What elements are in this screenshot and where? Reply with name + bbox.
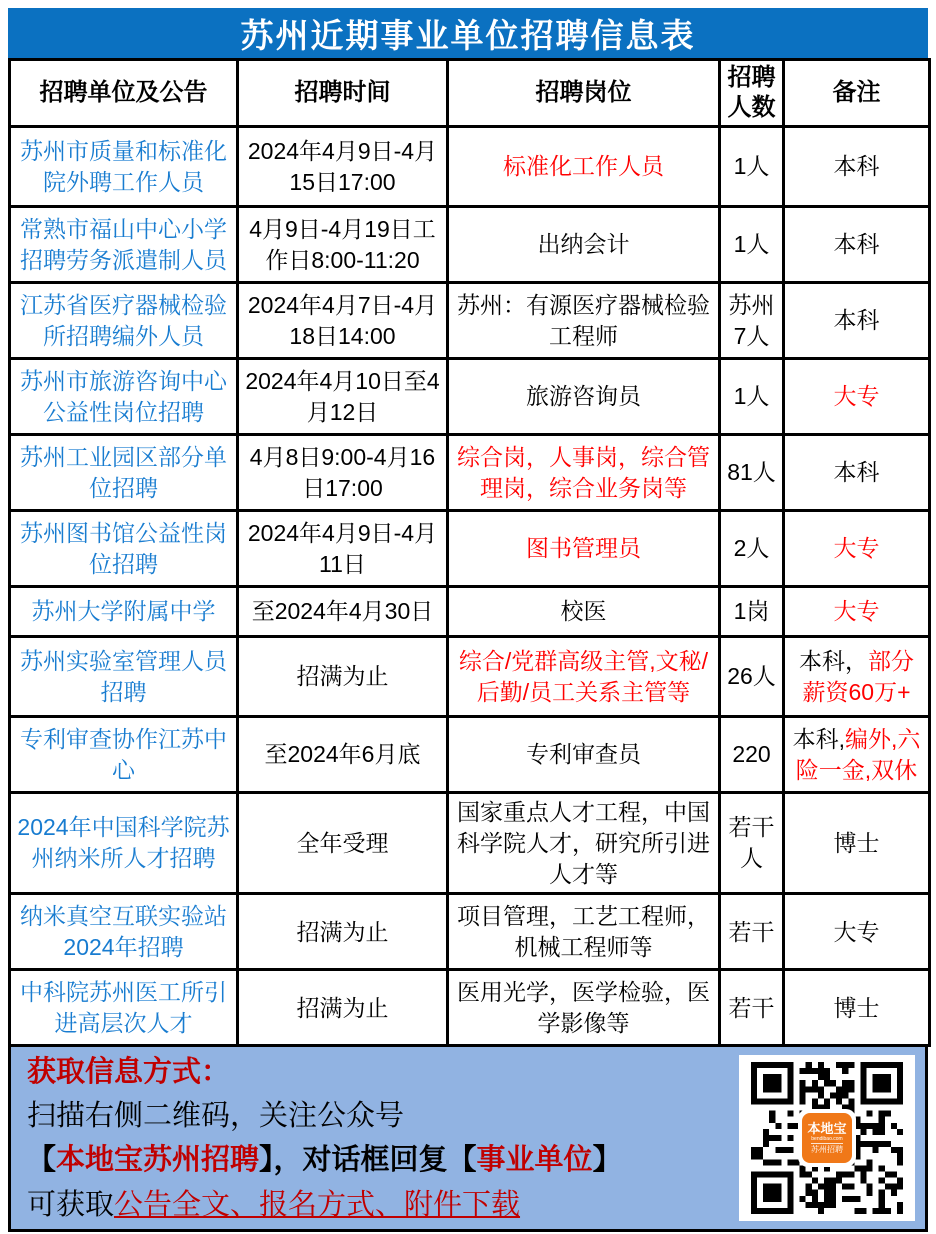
unit-announcement-link[interactable]: 纳米真空互联实验站2024年招聘 <box>20 903 227 960</box>
time-cell: 招满为止 <box>238 970 448 1046</box>
time-cell: 4月9日-4月19日工作日8:00-11:20 <box>238 207 448 283</box>
text-segment: 大专 <box>834 919 880 945</box>
count-cell: 若干 <box>720 970 784 1046</box>
unit-cell: 常熟市福山中心小学招聘劳务派遣制人员 <box>10 207 238 283</box>
logo-domain: bendibao.com <box>811 1136 842 1144</box>
text-segment: 综合/党群高级主管,文秘/后勤/员工关系主管等 <box>459 648 708 705</box>
text-segment: 国家重点人才工程，中国科学院人才，研究所引进人才等 <box>457 799 710 887</box>
unit-cell: 纳米真空互联实验站2024年招聘 <box>10 894 238 970</box>
position-cell: 项目管理，工艺工程师，机械工程师等 <box>448 894 720 970</box>
unit-announcement-link[interactable]: 苏州大学附属中学 <box>32 598 216 624</box>
note-cell: 大专 <box>784 511 930 587</box>
position-cell: 综合岗，人事岗，综合管理岗，综合业务岗等 <box>448 435 720 511</box>
position-cell: 医用光学，医学检验，医学影像等 <box>448 970 720 1046</box>
text-segment: 本科 <box>834 153 880 179</box>
note-cell: 本科 <box>784 283 930 359</box>
count-cell: 220 <box>720 717 784 793</box>
text-segment: 】 <box>593 1144 622 1176</box>
footer-announcement-links[interactable]: 公告全文、报名方式、附件下载 <box>114 1189 520 1221</box>
note-cell: 本科,编外,六险一金,双休 <box>784 717 930 793</box>
unit-cell: 苏州市旅游咨询中心公益性岗位招聘 <box>10 359 238 435</box>
count-cell: 26人 <box>720 637 784 717</box>
unit-announcement-link[interactable]: 苏州工业园区部分单位招聘 <box>20 444 227 501</box>
text-segment: 【 <box>27 1144 56 1176</box>
table-header: 招聘单位及公告招聘时间招聘岗位招聘人数备注 <box>10 60 930 127</box>
table-row: 纳米真空互联实验站2024年招聘招满为止项目管理，工艺工程师，机械工程师等若干大… <box>10 894 930 970</box>
page-title-text: 苏州近期事业单位招聘信息表 <box>241 10 696 57</box>
table-row: 专利审查协作江苏中心至2024年6月底专利审查员220本科,编外,六险一金,双休 <box>10 717 930 793</box>
time-cell: 2024年4月10日至4月12日 <box>238 359 448 435</box>
unit-announcement-link[interactable]: 苏州图书馆公益性岗位招聘 <box>20 520 227 577</box>
text-segment: 扫描右侧二维码，关注公众号 <box>27 1100 404 1132</box>
text-segment: 本科, <box>793 726 845 752</box>
time-cell: 2024年4月9日-4月15日17:00 <box>238 127 448 207</box>
page-title: 苏州近期事业单位招聘信息表 <box>8 8 928 58</box>
recruitment-table: 招聘单位及公告招聘时间招聘岗位招聘人数备注 苏州市质量和标准化院外聘工作人员20… <box>8 58 931 1047</box>
text-segment: 本科 <box>834 231 880 257</box>
column-header: 招聘人数 <box>720 60 784 127</box>
count-cell: 81人 <box>720 435 784 511</box>
unit-cell: 中科院苏州医工所引进高层次人才 <box>10 970 238 1046</box>
position-cell: 旅游咨询员 <box>448 359 720 435</box>
position-cell: 苏州：有源医疗器械检验工程师 <box>448 283 720 359</box>
footer-line: 可获取公告全文、报名方式、附件下载 <box>27 1187 622 1223</box>
unit-cell: 苏州市质量和标准化院外聘工作人员 <box>10 127 238 207</box>
column-header: 招聘单位及公告 <box>10 60 238 127</box>
table-row: 江苏省医疗器械检验所招聘编外人员2024年4月7日-4月18日14:00苏州：有… <box>10 283 930 359</box>
text-segment: 大专 <box>834 383 880 409</box>
time-cell: 招满为止 <box>238 637 448 717</box>
time-cell: 招满为止 <box>238 894 448 970</box>
position-cell: 校医 <box>448 587 720 637</box>
time-cell: 2024年4月9日-4月11日 <box>238 511 448 587</box>
text-segment: 大专 <box>834 598 880 624</box>
table-row: 苏州工业园区部分单位招聘4月8日9:00-4月16日17:00综合岗，人事岗，综… <box>10 435 930 511</box>
note-cell: 大专 <box>784 359 930 435</box>
column-header: 备注 <box>784 60 930 127</box>
note-cell: 大专 <box>784 587 930 637</box>
text-segment: 出纳会计 <box>538 231 630 257</box>
unit-announcement-link[interactable]: 2024年中国科学院苏州纳米所人才招聘 <box>17 814 229 871</box>
text-segment: 大专 <box>834 535 880 561</box>
note-cell: 本科 <box>784 207 930 283</box>
poster-page: 苏州近期事业单位招聘信息表 招聘单位及公告招聘时间招聘岗位招聘人数备注 苏州市质… <box>0 0 936 1234</box>
table-row: 常熟市福山中心小学招聘劳务派遣制人员4月9日-4月19日工作日8:00-11:2… <box>10 207 930 283</box>
time-cell: 全年受理 <box>238 793 448 894</box>
count-cell: 苏州7人 <box>720 283 784 359</box>
column-header: 招聘岗位 <box>448 60 720 127</box>
text-segment: 获取信息方式： <box>27 1056 230 1088</box>
text-segment: 博士 <box>834 995 880 1021</box>
unit-cell: 苏州图书馆公益性岗位招聘 <box>10 511 238 587</box>
text-segment: 综合岗，人事岗，综合管理岗，综合业务岗等 <box>457 444 710 501</box>
position-cell: 专利审查员 <box>448 717 720 793</box>
footer-line: 扫描右侧二维码，关注公众号 <box>27 1098 622 1134</box>
unit-announcement-link[interactable]: 苏州市旅游咨询中心公益性岗位招聘 <box>20 368 227 425</box>
note-cell: 本科 <box>784 127 930 207</box>
note-cell: 本科 <box>784 435 930 511</box>
unit-cell: 苏州大学附属中学 <box>10 587 238 637</box>
note-cell: 本科，部分薪资60万+ <box>784 637 930 717</box>
unit-cell: 江苏省医疗器械检验所招聘编外人员 <box>10 283 238 359</box>
text-segment: 旅游咨询员 <box>526 383 641 409</box>
table-body: 苏州市质量和标准化院外聘工作人员2024年4月9日-4月15日17:00标准化工… <box>10 127 930 1046</box>
bendibao-logo: 本地宝 bendibao.com 苏州招聘 <box>798 1109 856 1167</box>
unit-announcement-link[interactable]: 专利审查协作江苏中心 <box>20 726 227 783</box>
unit-cell: 2024年中国科学院苏州纳米所人才招聘 <box>10 793 238 894</box>
position-cell: 出纳会计 <box>448 207 720 283</box>
time-cell: 至2024年6月底 <box>238 717 448 793</box>
text-segment: 博士 <box>834 830 880 856</box>
count-cell: 1人 <box>720 207 784 283</box>
text-segment: 本地宝苏州招聘 <box>56 1144 259 1176</box>
logo-subtitle: 苏州招聘 <box>811 1146 843 1155</box>
footer-line: 获取信息方式： <box>27 1054 622 1090</box>
text-segment: 】，对话框回复【 <box>259 1144 477 1176</box>
note-cell: 大专 <box>784 894 930 970</box>
text-segment: 项目管理，工艺工程师，机械工程师等 <box>457 903 710 960</box>
text-segment: 本科， <box>799 648 868 674</box>
bendibao-logo-inner: 本地宝 bendibao.com 苏州招聘 <box>802 1113 852 1163</box>
note-cell: 博士 <box>784 793 930 894</box>
note-cell: 博士 <box>784 970 930 1046</box>
text-segment: 事业单位 <box>477 1144 593 1176</box>
text-segment: 医用光学，医学检验，医学影像等 <box>457 979 710 1036</box>
text-segment: 标准化工作人员 <box>503 153 664 179</box>
unit-announcement-link[interactable]: 江苏省医疗器械检验所招聘编外人员 <box>20 292 227 349</box>
text-segment: 校医 <box>561 598 607 624</box>
column-header: 招聘时间 <box>238 60 448 127</box>
count-cell: 1岗 <box>720 587 784 637</box>
count-cell: 1人 <box>720 127 784 207</box>
text-segment: 可获取 <box>27 1189 114 1221</box>
table-row: 苏州实验室管理人员招聘招满为止综合/党群高级主管,文秘/后勤/员工关系主管等26… <box>10 637 930 717</box>
table-row: 中科院苏州医工所引进高层次人才招满为止医用光学，医学检验，医学影像等若干博士 <box>10 970 930 1046</box>
unit-announcement-link[interactable]: 中科院苏州医工所引进高层次人才 <box>20 979 227 1036</box>
footer-banner: 获取信息方式：扫描右侧二维码，关注公众号【本地宝苏州招聘】，对话框回复【事业单位… <box>8 1047 928 1232</box>
table-row: 苏州市旅游咨询中心公益性岗位招聘2024年4月10日至4月12日旅游咨询员1人大… <box>10 359 930 435</box>
position-cell: 图书管理员 <box>448 511 720 587</box>
unit-announcement-link[interactable]: 常熟市福山中心小学招聘劳务派遣制人员 <box>20 216 227 273</box>
count-cell: 2人 <box>720 511 784 587</box>
table-row: 苏州图书馆公益性岗位招聘2024年4月9日-4月11日图书管理员2人大专 <box>10 511 930 587</box>
position-cell: 综合/党群高级主管,文秘/后勤/员工关系主管等 <box>448 637 720 717</box>
unit-cell: 苏州实验室管理人员招聘 <box>10 637 238 717</box>
qr-code: 本地宝 bendibao.com 苏州招聘 <box>739 1055 915 1221</box>
table-header-row: 招聘单位及公告招聘时间招聘岗位招聘人数备注 <box>10 60 930 127</box>
text-segment: 本科 <box>834 307 880 333</box>
unit-announcement-link[interactable]: 苏州实验室管理人员招聘 <box>20 648 227 705</box>
footer-text: 获取信息方式：扫描右侧二维码，关注公众号【本地宝苏州招聘】，对话框回复【事业单位… <box>27 1054 622 1223</box>
text-segment: 苏州：有源医疗器械检验工程师 <box>457 292 710 349</box>
text-segment: 专利审查员 <box>526 741 641 767</box>
table-row: 苏州大学附属中学至2024年4月30日校医1岗大专 <box>10 587 930 637</box>
position-cell: 国家重点人才工程，中国科学院人才，研究所引进人才等 <box>448 793 720 894</box>
time-cell: 至2024年4月30日 <box>238 587 448 637</box>
unit-cell: 苏州工业园区部分单位招聘 <box>10 435 238 511</box>
footer-line: 【本地宝苏州招聘】，对话框回复【事业单位】 <box>27 1142 622 1178</box>
time-cell: 2024年4月7日-4月18日14:00 <box>238 283 448 359</box>
count-cell: 若干人 <box>720 793 784 894</box>
position-cell: 标准化工作人员 <box>448 127 720 207</box>
text-segment: 本科 <box>834 459 880 485</box>
logo-title: 本地宝 <box>807 1122 846 1136</box>
table-row: 2024年中国科学院苏州纳米所人才招聘全年受理国家重点人才工程，中国科学院人才，… <box>10 793 930 894</box>
count-cell: 若干 <box>720 894 784 970</box>
count-cell: 1人 <box>720 359 784 435</box>
table-row: 苏州市质量和标准化院外聘工作人员2024年4月9日-4月15日17:00标准化工… <box>10 127 930 207</box>
time-cell: 4月8日9:00-4月16日17:00 <box>238 435 448 511</box>
unit-cell: 专利审查协作江苏中心 <box>10 717 238 793</box>
unit-announcement-link[interactable]: 苏州市质量和标准化院外聘工作人员 <box>20 138 227 195</box>
text-segment: 图书管理员 <box>526 535 641 561</box>
